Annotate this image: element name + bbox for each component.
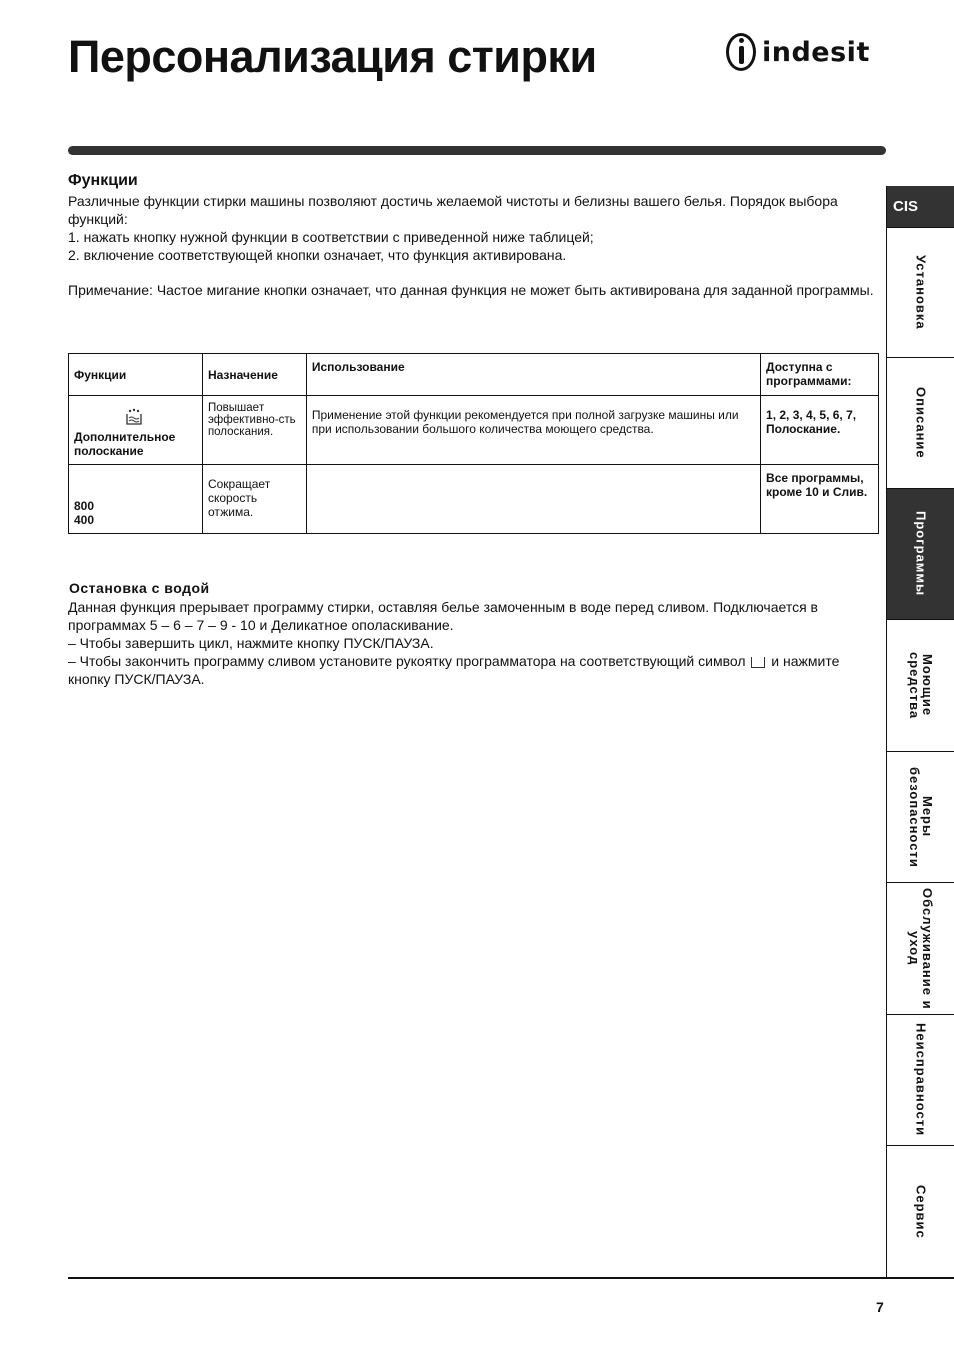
table-header-row: Функции Назначение Использование Доступн…: [69, 354, 879, 396]
tab-label: Неисправности: [915, 1023, 928, 1136]
extra-rinse-icon: [124, 408, 144, 426]
stop-para-2: – Чтобы завершить цикл, нажмите кнопку П…: [68, 634, 880, 652]
lang-tab-cis[interactable]: CIS: [887, 186, 954, 228]
header-purpose: Назначение: [202, 354, 306, 396]
function-name: Дополнительное полоскание: [74, 430, 175, 458]
sidebar-item-service[interactable]: Сервис: [887, 1146, 954, 1278]
tab-label: Описание: [915, 387, 928, 459]
stop-para-3-text: – Чтобы закончить программу сливом устан…: [68, 653, 746, 669]
sidebar-item-detergents[interactable]: Моющие средства: [887, 620, 954, 752]
function-purpose: Повышаeт эффективно-сть полоскания.: [202, 396, 306, 465]
stop-para-3: – Чтобы закончить программу сливом устан…: [68, 652, 880, 688]
stop-para-1: Данная функция прерывает программу стирк…: [68, 598, 880, 634]
function-purpose: Сокращает скорость отжима.: [202, 465, 306, 534]
function-usage: Применение этой функции рекомендуется пр…: [306, 396, 760, 465]
sidebar-item-safety[interactable]: Меры безопасности: [887, 752, 954, 883]
drain-icon: [751, 657, 765, 668]
lang-label: CIS: [893, 198, 918, 215]
table-row: Дополнительное полоскание Повышаeт эффек…: [69, 396, 879, 465]
functions-step-1: 1. нажать кнопку нужной функции в соотве…: [68, 228, 880, 246]
header-functions: Функции: [69, 354, 203, 396]
tab-label: Моющие средства: [908, 620, 934, 751]
footer-divider: [68, 1277, 954, 1279]
section-sidebar: CIS Установка Описание Программы Моющие …: [886, 186, 954, 1278]
row-function-cell: Дополнительное полоскание: [69, 396, 203, 465]
sidebar-item-programs[interactable]: Программы: [887, 489, 954, 620]
sidebar-item-installation[interactable]: Установка: [887, 228, 954, 358]
section-heading-functions: Функции: [68, 172, 138, 190]
function-programs: 1, 2, 3, 4, 5, 6, 7, Полоскание.: [761, 396, 879, 465]
header-usage: Использование: [306, 354, 760, 396]
spin-speed-800: 800: [74, 499, 197, 513]
functions-note: Примечание: Частое мигание кнопки означа…: [68, 281, 880, 299]
header-divider: [68, 146, 886, 155]
indesit-logo-icon: [726, 33, 756, 71]
sidebar-item-maintenance[interactable]: Обслуживание и уход: [887, 883, 954, 1015]
functions-intro: Различные функции стирки машины позволяю…: [68, 192, 880, 228]
tab-label: Обслуживание и уход: [908, 883, 934, 1014]
table-row: 800 400 Сокращает скорость отжима. Все п…: [69, 465, 879, 534]
function-programs: Все программы, кроме 10 и Слив.: [761, 465, 879, 534]
tab-label: Сервис: [915, 1185, 928, 1239]
logo-text: indesit: [762, 37, 870, 68]
page-number: 7: [876, 1299, 884, 1315]
section-heading-stop-with-water: Остановка с водой: [69, 580, 210, 596]
tab-label: Программы: [915, 511, 928, 596]
page-title: Персонализация стирки: [68, 30, 597, 84]
sidebar-item-troubleshooting[interactable]: Неисправности: [887, 1015, 954, 1146]
sidebar-item-description[interactable]: Описание: [887, 358, 954, 489]
header-programs: Доступна с программами:: [761, 354, 879, 396]
function-usage: [306, 465, 760, 534]
indesit-logo: indesit: [726, 33, 870, 71]
tab-label: Установка: [915, 255, 928, 330]
spin-speed-400: 400: [74, 513, 197, 527]
tab-label: Меры безопасности: [908, 752, 934, 882]
functions-table: Функции Назначение Использование Доступн…: [68, 353, 879, 534]
functions-step-2: 2. включение соответствующей кнопки озна…: [68, 246, 880, 264]
row-function-cell: 800 400: [69, 465, 203, 534]
